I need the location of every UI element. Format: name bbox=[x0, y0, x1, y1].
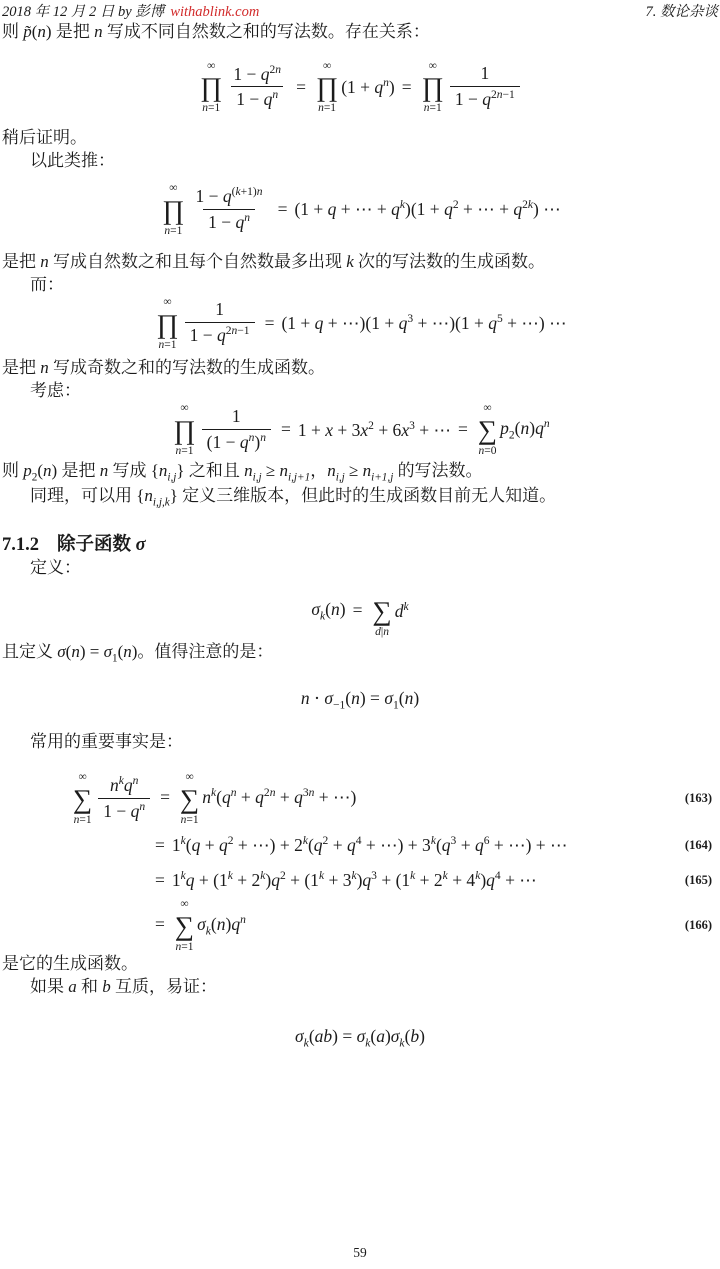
paragraph-by-analogy: 以此类推： bbox=[2, 150, 718, 172]
paragraph-proof-later: 稍后证明。 bbox=[2, 127, 718, 149]
page-number: 59 bbox=[0, 1245, 720, 1261]
equation-row-165: =1kq + (1k + 2k)q2 + (1k + 3k)q3 + (1k +… bbox=[2, 869, 718, 892]
paragraph-and: 而： bbox=[2, 274, 718, 296]
equation-row-163: ∞∑n=1nkqn1 − qn=∞∑n=1nk(qn + q2n + q3n +… bbox=[2, 771, 718, 826]
paragraph-k-times-genfunc: 是把 n 写成自然数之和且每个自然数最多出现 k 次的写法数的生成函数。 bbox=[2, 251, 718, 273]
equation-sigma-multiplicative: σk(ab) = σk(a)σk(b) bbox=[2, 1026, 718, 1051]
paragraph-3d-version: 同理，可以用 {ni,j,k} 定义三维版本，但此时的生成函数目前无人知道。 bbox=[2, 485, 718, 510]
paragraph-odd-genfunc: 是把 n 写成奇数之和的写法数的生成函数。 bbox=[2, 357, 718, 379]
equation-163-formula: ∞∑n=1nkqn1 − qn=∞∑n=1nk(qn + q2n + q3n +… bbox=[70, 771, 356, 826]
section-heading: 7.1.2 除子函数 σ bbox=[2, 534, 718, 557]
section-title: 除子函数 σ bbox=[57, 534, 146, 557]
paragraph-coprime: 如果 a 和 b 互质，易证： bbox=[2, 976, 718, 998]
equation-164-formula: =1k(q + q2 + ⋯) + 2k(q2 + q4 + ⋯) + 3k(q… bbox=[148, 835, 568, 858]
equation-166-formula: =∞∑n=1σk(n)qn bbox=[148, 898, 246, 953]
document-page: 2018 年 12 月 2 日 by 彭博withablink.com 7. 数… bbox=[0, 0, 720, 1269]
paragraph-its-genfunc: 是它的生成函数。 bbox=[2, 953, 718, 975]
paragraph-sigma1-note: 且定义 σ(n) = σ1(n)。值得注意的是： bbox=[2, 641, 718, 666]
paragraph-p2-definition: 则 p2(n) 是把 n 写成 {ni,j} 之和且 ni,j ≥ ni,j+1… bbox=[2, 460, 718, 485]
equation-row-166: =∞∑n=1σk(n)qn (166) bbox=[2, 898, 718, 953]
equation-sigma-minus1: n ⋅ σ−1(n) = σ1(n) bbox=[2, 688, 718, 713]
equation-euler-product: ∞∏n=11 − q2n1 − qn=∞∏n=1(1 + qn)=∞∏n=111… bbox=[2, 60, 718, 115]
header-left: 2018 年 12 月 2 日 by 彭博withablink.com bbox=[2, 4, 259, 21]
equation-165-formula: =1kq + (1k + 2k)q2 + (1k + 3k)q3 + (1k +… bbox=[148, 869, 537, 892]
header-site-link[interactable]: withablink.com bbox=[170, 4, 259, 20]
equation-row-164: =1k(q + q2 + ⋯) + 2k(q2 + q4 + ⋯) + 3k(q… bbox=[2, 835, 718, 858]
section-number: 7.1.2 bbox=[2, 534, 39, 557]
paragraph-important-fact: 常用的重要事实是： bbox=[2, 731, 718, 753]
equation-number-163: (163) bbox=[685, 791, 712, 807]
page-header: 2018 年 12 月 2 日 by 彭博withablink.com 7. 数… bbox=[2, 0, 718, 21]
equation-k-times-product: ∞∏n=11 − q(k+1)n1 − qn=(1 + q + ⋯ + qk)(… bbox=[2, 182, 718, 237]
paragraph-consider: 考虑： bbox=[2, 380, 718, 402]
numbered-equation-block: ∞∑n=1nkqn1 − qn=∞∑n=1nk(qn + q2n + q3n +… bbox=[2, 771, 718, 953]
equation-number-164: (164) bbox=[685, 838, 712, 854]
header-chapter-title: 7. 数论杂谈 bbox=[646, 4, 719, 21]
equation-plane-partition: ∞∏n=11(1 − qn)n=1 + x + 3x2 + 6x3 + ⋯=∞∑… bbox=[2, 402, 718, 457]
paragraph-definition: 定义： bbox=[2, 557, 718, 579]
equation-sigma-definition: σk(n)= ∑d|ndk bbox=[2, 584, 718, 639]
equation-odd-product: ∞∏n=111 − q2n−1=(1 + q + ⋯)(1 + q3 + ⋯)(… bbox=[2, 296, 718, 351]
paragraph-ptilde-intro: 则 p̃(n) 是把 n 写成不同自然数之和的写法数。存在关系： bbox=[2, 21, 718, 43]
equation-number-166: (166) bbox=[685, 918, 712, 934]
equation-number-165: (165) bbox=[685, 873, 712, 889]
header-date-author: 2018 年 12 月 2 日 by 彭博 bbox=[2, 4, 164, 20]
